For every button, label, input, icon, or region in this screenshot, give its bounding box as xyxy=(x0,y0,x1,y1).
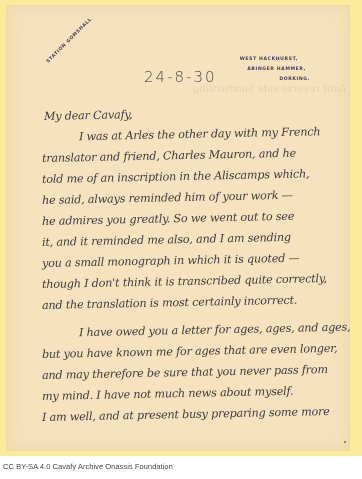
letter-date: 24-8-30 xyxy=(144,68,217,86)
address-line: WEST HACKHURST, xyxy=(240,55,298,65)
license-caption: CC BY-SA 4.0 Cavafy Archive Onassis Foun… xyxy=(3,462,173,471)
letterhead-address: WEST HACKHURST, ABINGER HAMMER, DORKING. xyxy=(240,55,310,85)
address-line: DORKING. xyxy=(240,75,310,85)
letter-paper: faint reverse-side handwriting STATION G… xyxy=(6,5,350,451)
letter-body: My dear Cavafy, I was at Arles the other… xyxy=(42,106,342,428)
scan-frame: faint reverse-side handwriting STATION G… xyxy=(0,0,362,456)
address-line: ABINGER HAMMER, xyxy=(240,65,306,75)
corner-mark xyxy=(344,441,346,443)
letterhead-station: STATION GOMSHALL xyxy=(46,17,93,64)
